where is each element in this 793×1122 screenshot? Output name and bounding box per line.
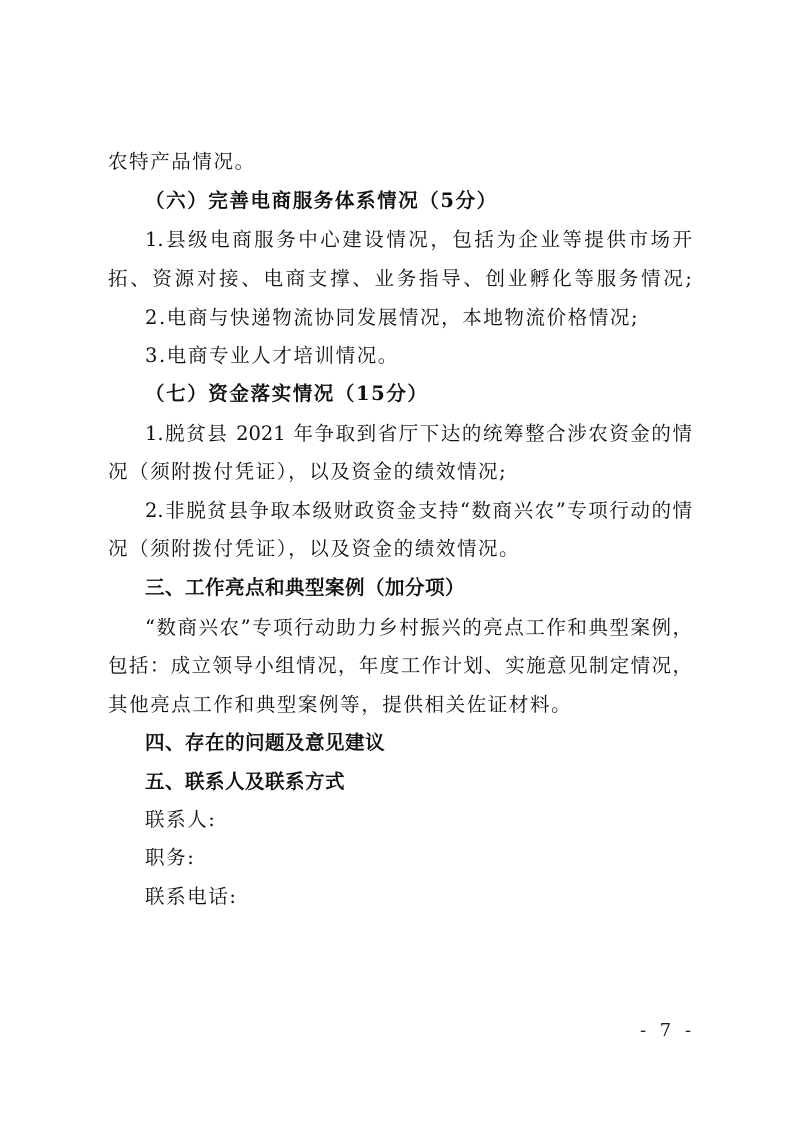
paragraph-line: 1.脱贫县 2021 年争取到省厅下达的统筹整合涉农资金的情 [145, 422, 692, 446]
phone-label: 联系电话: [145, 885, 692, 909]
heading-section-4: 四、存在的问题及意见建议 [145, 731, 692, 755]
paragraph-line: “数商兴农”专项行动助力乡村振兴的亮点工作和典型案例， [145, 616, 692, 640]
contact-person-label: 联系人: [145, 808, 692, 832]
paragraph-line: 况（须附拨付凭证），以及资金的绩效情况。 [108, 537, 692, 561]
paragraph-line: 1.县级电商服务中心建设情况，包括为企业等提供市场开 [145, 228, 692, 252]
position-label: 职务: [145, 846, 692, 870]
paragraph-line: 包括：成立领导小组情况，年度工作计划、实施意见制定情况， [108, 654, 692, 678]
heading-section-3: 三、工作亮点和典型案例（加分项） [145, 576, 692, 600]
document-page: 农特产品情况。 （六）完善电商服务体系情况（5分） 1.县级电商服务中心建设情况… [0, 0, 793, 1122]
paragraph-line: 3.电商专业人才培训情况。 [145, 344, 692, 368]
subheading-section-7: （七）资金落实情况（15分） [145, 382, 692, 406]
heading-section-5: 五、联系人及联系方式 [145, 770, 692, 794]
subheading-section-6: （六）完善电商服务体系情况（5分） [145, 189, 692, 213]
paragraph-line: 2.非脱贫县争取本级财政资金支持“数商兴农”专项行动的情 [145, 499, 692, 523]
paragraph-line: 其他亮点工作和典型案例等，提供相关佐证材料。 [108, 693, 692, 717]
page-number: - 7 - [640, 1020, 695, 1041]
paragraph-line: 2.电商与快递物流协同发展情况，本地物流价格情况; [145, 306, 692, 330]
paragraph-line: 拓、资源对接、电商支撑、业务指导、创业孵化等服务情况; [108, 267, 692, 291]
paragraph-line: 农特产品情况。 [108, 150, 692, 174]
paragraph-line: 况（须附拨付凭证），以及资金的绩效情况; [108, 460, 692, 484]
